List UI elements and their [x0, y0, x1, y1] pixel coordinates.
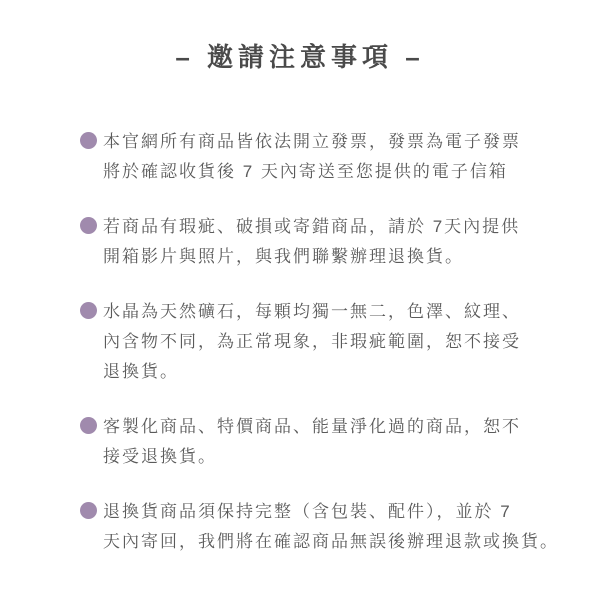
bullet-dot-icon: [80, 302, 97, 319]
notice-item: 水晶為天然礦石，每顆均獨一無二，色澤、紋理、 內含物不同，為正常現象，非瑕疵範圍…: [80, 297, 600, 387]
notice-line: 客製化商品、特價商品、能量淨化過的商品，恕不: [103, 412, 521, 442]
bullet-dot-icon: [80, 502, 97, 519]
notice-page: – 邀請注意事項 – 本官網所有商品皆依法開立發票，發票為電子發票 將於確認收貨…: [0, 0, 600, 600]
notice-item: 本官網所有商品皆依法開立發票，發票為電子發票 將於確認收貨後 7 天內寄送至您提…: [80, 127, 600, 187]
notice-line: 接受退換貨。: [103, 442, 521, 472]
bullet-dot-icon: [80, 217, 97, 234]
notice-text: 客製化商品、特價商品、能量淨化過的商品，恕不 接受退換貨。: [103, 412, 521, 472]
notice-line: 開箱影片與照片，與我們聯繫辦理退換貨。: [103, 242, 520, 272]
notice-line: 內含物不同，為正常現象，非瑕疵範圍，恕不接受: [103, 327, 521, 357]
page-title: – 邀請注意事項 –: [0, 40, 600, 75]
notice-line: 若商品有瑕疵、破損或寄錯商品，請於 7天內提供: [103, 212, 520, 242]
notice-list: 本官網所有商品皆依法開立發票，發票為電子發票 將於確認收貨後 7 天內寄送至您提…: [80, 127, 600, 557]
notice-text: 若商品有瑕疵、破損或寄錯商品，請於 7天內提供 開箱影片與照片，與我們聯繫辦理退…: [103, 212, 520, 272]
bullet-dot-icon: [80, 417, 97, 434]
notice-line: 退換貨。: [103, 357, 521, 387]
notice-line: 天內寄回，我們將在確認商品無誤後辦理退款或換貨。: [103, 527, 559, 557]
notice-line: 水晶為天然礦石，每顆均獨一無二，色澤、紋理、: [103, 297, 521, 327]
notice-item: 退換貨商品須保持完整（含包裝、配件），並於 7 天內寄回，我們將在確認商品無誤後…: [80, 497, 600, 557]
notice-text: 水晶為天然礦石，每顆均獨一無二，色澤、紋理、 內含物不同，為正常現象，非瑕疵範圍…: [103, 297, 521, 387]
notice-line: 將於確認收貨後 7 天內寄送至您提供的電子信箱: [103, 157, 521, 187]
notice-line: 退換貨商品須保持完整（含包裝、配件），並於 7: [103, 497, 559, 527]
notice-text: 本官網所有商品皆依法開立發票，發票為電子發票 將於確認收貨後 7 天內寄送至您提…: [103, 127, 521, 187]
notice-text: 退換貨商品須保持完整（含包裝、配件），並於 7 天內寄回，我們將在確認商品無誤後…: [103, 497, 559, 557]
notice-line: 本官網所有商品皆依法開立發票，發票為電子發票: [103, 127, 521, 157]
notice-item: 客製化商品、特價商品、能量淨化過的商品，恕不 接受退換貨。: [80, 412, 600, 472]
bullet-dot-icon: [80, 132, 97, 149]
notice-item: 若商品有瑕疵、破損或寄錯商品，請於 7天內提供 開箱影片與照片，與我們聯繫辦理退…: [80, 212, 600, 272]
